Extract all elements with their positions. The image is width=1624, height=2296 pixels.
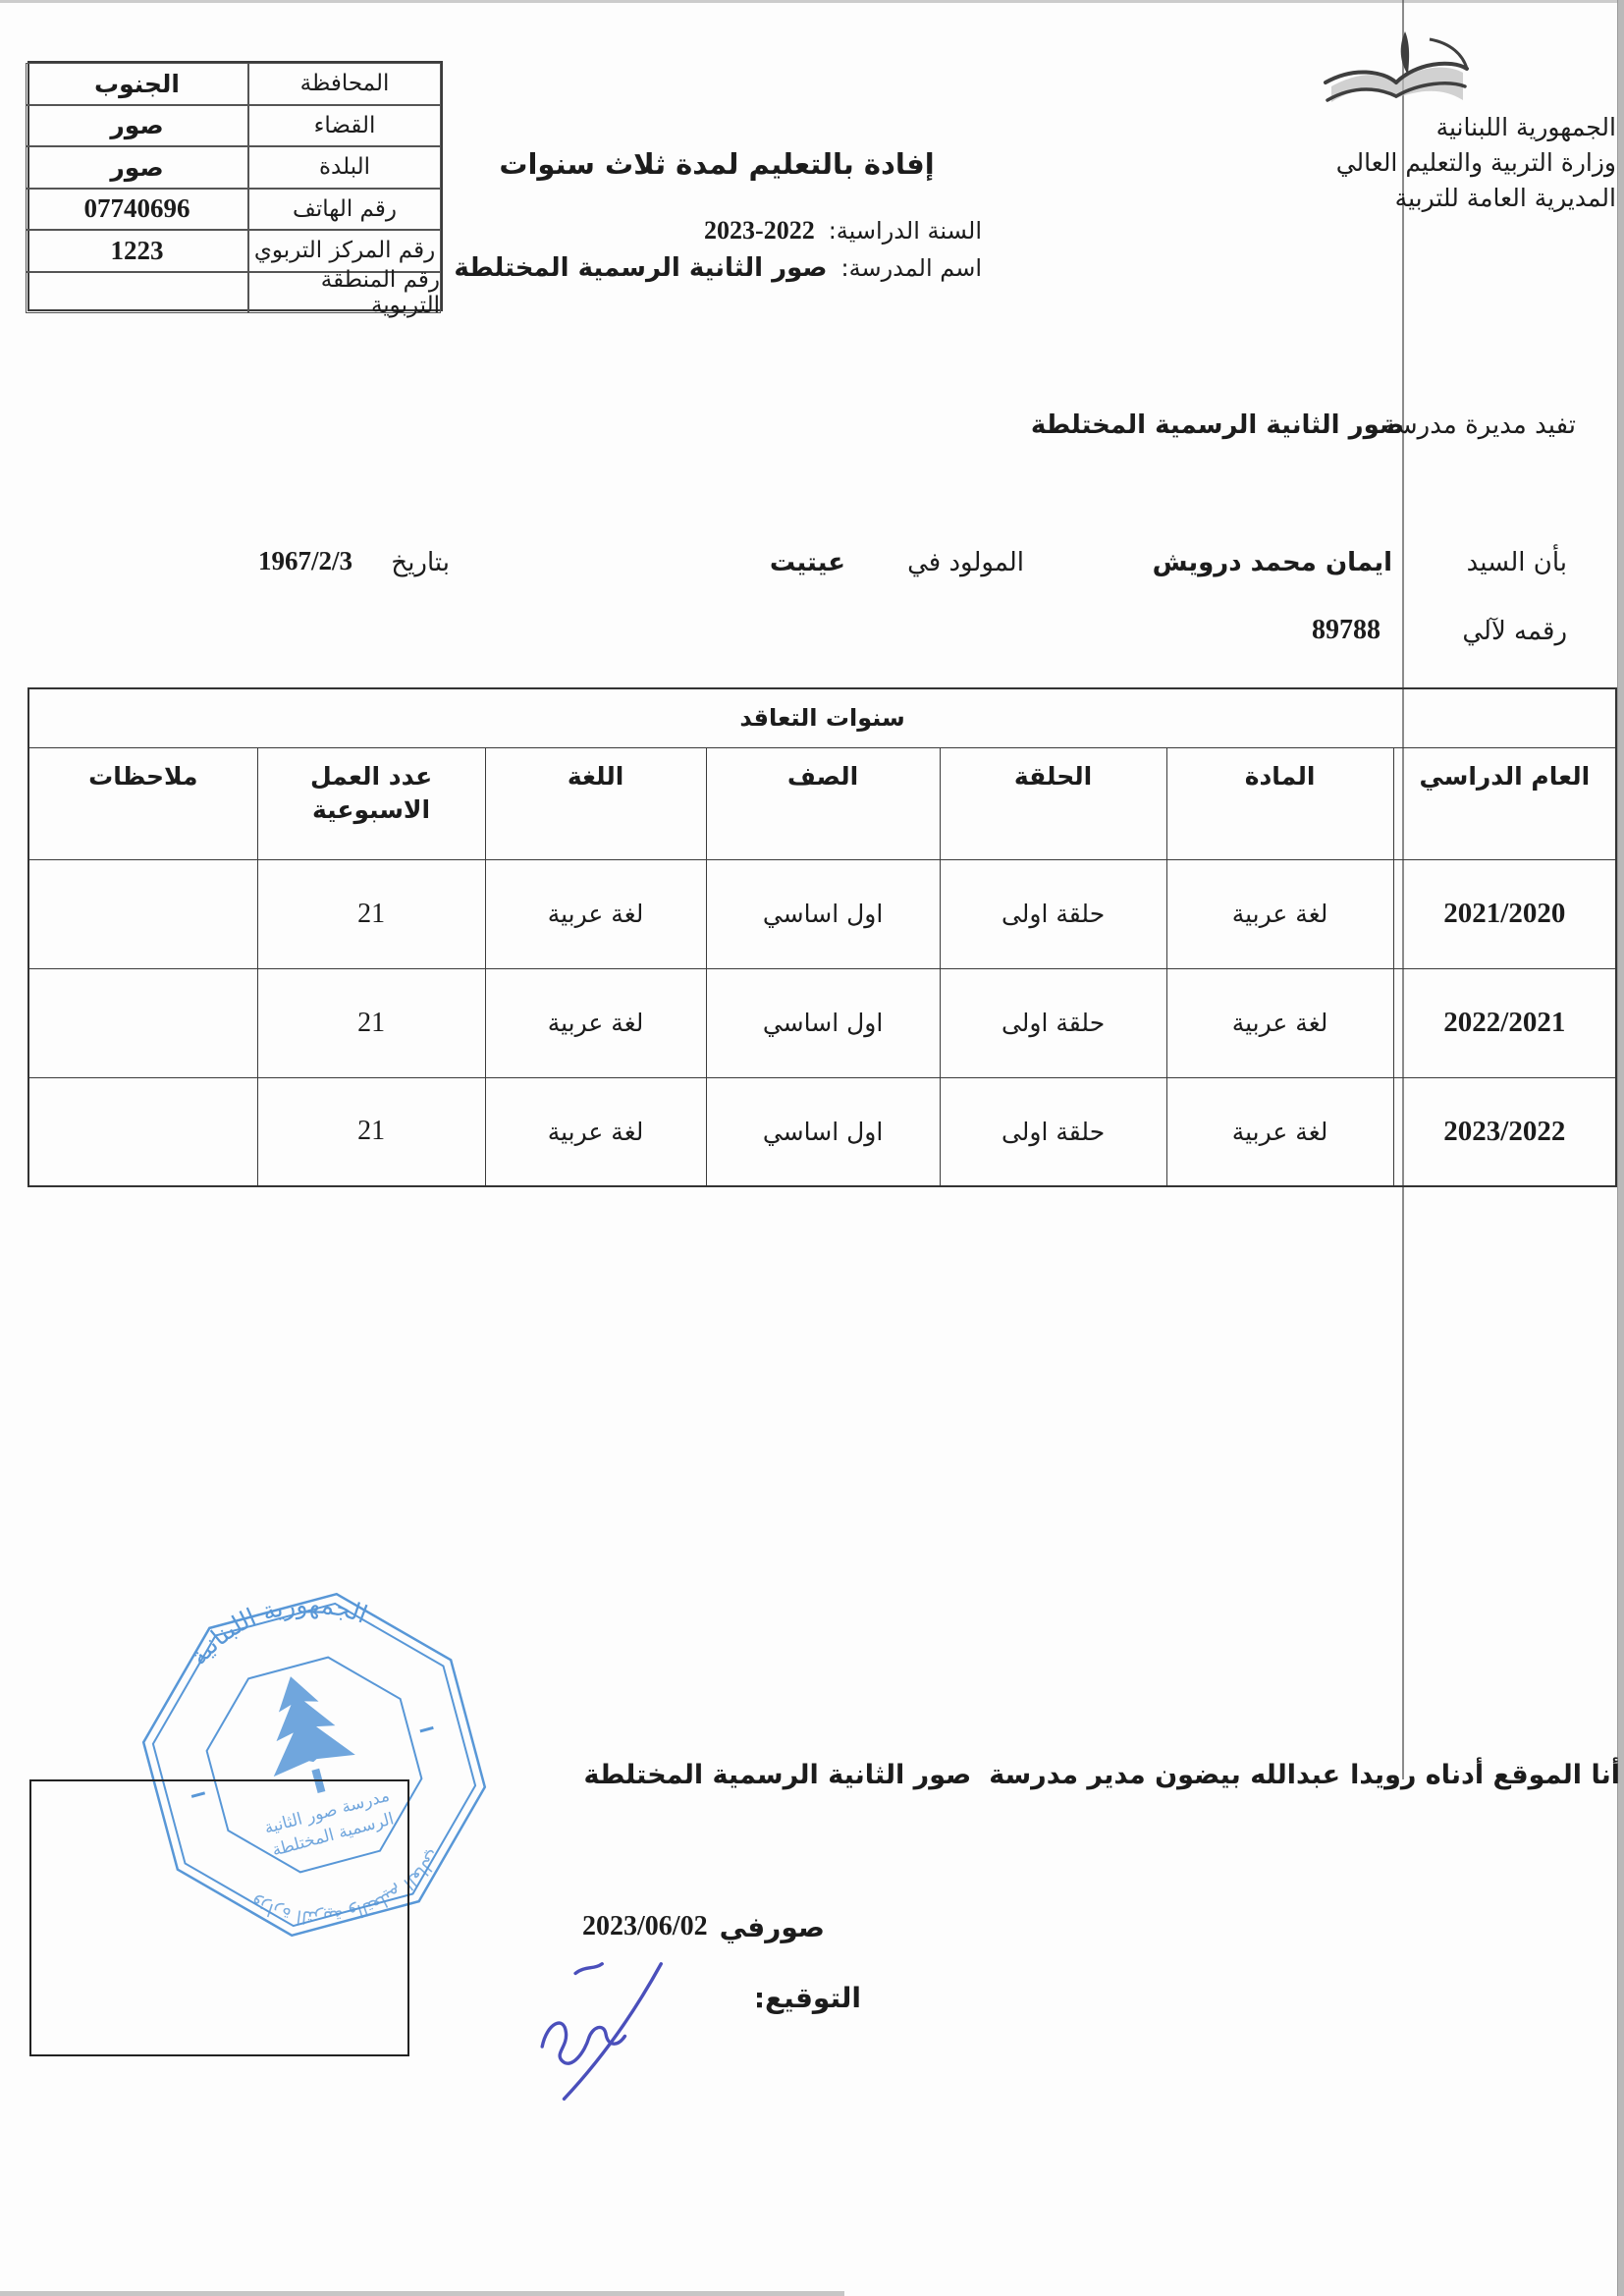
cedar-tree-icon [249, 1666, 354, 1777]
statement-part1: أنا الموقع أدناه رويدا [1350, 1760, 1620, 1790]
academic-year-label: السنة الدراسية: [829, 217, 982, 245]
cell-language: لغة عربية [485, 968, 706, 1077]
cell-notes [28, 1077, 257, 1186]
statement-part3: صور الثانية الرسمية المختلطة [583, 1760, 971, 1790]
cell-language: لغة عربية [485, 859, 706, 968]
info-label-governorate: المحافظة [248, 63, 441, 105]
directorate-line: المديرية العامة للتربية [1336, 181, 1616, 216]
cell-cycle: حلقة اولى [940, 859, 1166, 968]
cell-notes [28, 968, 257, 1077]
id-number-label: رقمه لآلي [1462, 617, 1567, 646]
document-page: الجمهورية اللبنانية وزارة التربية والتعل… [0, 0, 1624, 2296]
document-title: إفادة بالتعليم لمدة ثلاث سنوات [422, 147, 1011, 181]
school-name-value: صور الثانية الرسمية المختلطة [454, 253, 827, 283]
svg-text:الجمهورية اللبنانية: الجمهورية اللبنانية [176, 1581, 378, 1674]
school-name-label: اسم المدرسة: [841, 254, 982, 282]
col-header-subject: المادة [1166, 747, 1393, 859]
cell-cycle: حلقة اولى [940, 968, 1166, 1077]
cell-grade: اول اساسي [706, 968, 940, 1077]
scan-edge-top [0, 0, 1624, 3]
cell-year: 2023/2022 [1443, 1116, 1565, 1147]
col-header-language: اللغة [485, 747, 706, 859]
info-value-district: صور [26, 105, 248, 147]
cell-year: 2021/2020 [1443, 898, 1565, 929]
birth-place-value: عيتيت [770, 548, 845, 577]
place-label: صورفي [720, 1911, 825, 1943]
info-value-town: صور [26, 146, 248, 189]
stamp-arc-title: الجمهورية اللبنانية [176, 1581, 378, 1674]
col-header-academic-year: العام الدراسي [1393, 747, 1616, 859]
handwritten-signature [515, 1956, 702, 2108]
certify-school-value: صور الثانية الرسمية المختلطة [1031, 410, 1404, 440]
table-row: 2021/2020 لغة عربية حلقة اولى اول اساسي … [28, 859, 1616, 968]
ministry-line: وزارة التربية والتعليم العالي [1336, 145, 1616, 181]
cell-subject: لغة عربية [1166, 859, 1393, 968]
certify-label: تفيد مديرة مدرسة [1382, 410, 1576, 440]
cell-subject: لغة عربية [1166, 1077, 1393, 1186]
info-label-town: البلدة [248, 146, 441, 189]
statement-part2: عبدالله بيضون مدير مدرسة [989, 1760, 1340, 1790]
info-value-phone: 07740696 [84, 193, 190, 224]
scan-edge-right [1617, 0, 1624, 2296]
cell-language: لغة عربية [485, 1077, 706, 1186]
info-value-center-number: 1223 [111, 236, 164, 266]
cell-hours: 21 [357, 899, 385, 929]
info-label-center-number: رقم المركز التربوي [248, 230, 441, 272]
academic-year-value: 2023-2022 [704, 216, 815, 246]
signature-box-outline [29, 1779, 409, 2056]
info-label-district: القضاء [248, 105, 441, 147]
undersigned-statement: أنا الموقع أدناه رويدا عبدالله بيضون مدي… [583, 1760, 1620, 1790]
info-label-region-number: رقم المنطقة التربوية [248, 272, 441, 314]
cell-hours: 21 [357, 1116, 385, 1146]
col-header-grade: الصف [706, 747, 940, 859]
cell-notes [28, 859, 257, 968]
col-header-notes: ملاحظات [28, 747, 257, 859]
info-value-governorate: الجنوب [26, 63, 248, 105]
scan-edge-bottom [0, 2291, 844, 2296]
id-number-value: 89788 [1312, 615, 1380, 646]
person-name-value: ايمان محمد درويش [1153, 548, 1392, 577]
contract-years-table: سنوات التعاقد العام الدراسي المادة الحلق… [27, 687, 1617, 1187]
table-row: 2023/2022 لغة عربية حلقة اولى اول اساسي … [28, 1077, 1616, 1186]
academic-year-line: السنة الدراسية: 2023-2022 [704, 216, 982, 246]
on-date-label: بتاريخ [391, 548, 450, 577]
info-label-phone: رقم الهاتف [248, 189, 441, 231]
government-header: الجمهورية اللبنانية وزارة التربية والتعل… [1336, 110, 1616, 216]
table-row: 2022/2021 لغة عربية حلقة اولى اول اساسي … [28, 968, 1616, 1077]
signature-label: التوقيع: [754, 1982, 861, 2014]
place-date-line: صورفي 2023/06/02 [582, 1911, 825, 1943]
issue-date-value: 2023/06/02 [582, 1911, 708, 1943]
school-info-table: المحافظة الجنوب القضاء صور البلدة صور رق… [27, 61, 443, 311]
school-name-line: اسم المدرسة: صور الثانية الرسمية المختلط… [454, 253, 982, 283]
cell-cycle: حلقة اولى [940, 1077, 1166, 1186]
born-in-label: المولود في [907, 548, 1024, 577]
info-value-region-number [26, 272, 248, 314]
birth-date-value: 1967/2/3 [258, 546, 352, 576]
contract-table-title: سنوات التعاقد [28, 688, 1616, 747]
cell-grade: اول اساسي [706, 859, 940, 968]
cell-hours: 21 [357, 1008, 385, 1038]
cell-year: 2022/2021 [1443, 1007, 1565, 1038]
col-header-cycle: الحلقة [940, 747, 1166, 859]
cell-grade: اول اساسي [706, 1077, 940, 1186]
col-header-weekly-hours: عدد العمل الاسبوعية [257, 747, 485, 859]
that-mr-label: بأن السيد [1467, 548, 1567, 577]
republic-line: الجمهورية اللبنانية [1336, 110, 1616, 145]
cell-subject: لغة عربية [1166, 968, 1393, 1077]
